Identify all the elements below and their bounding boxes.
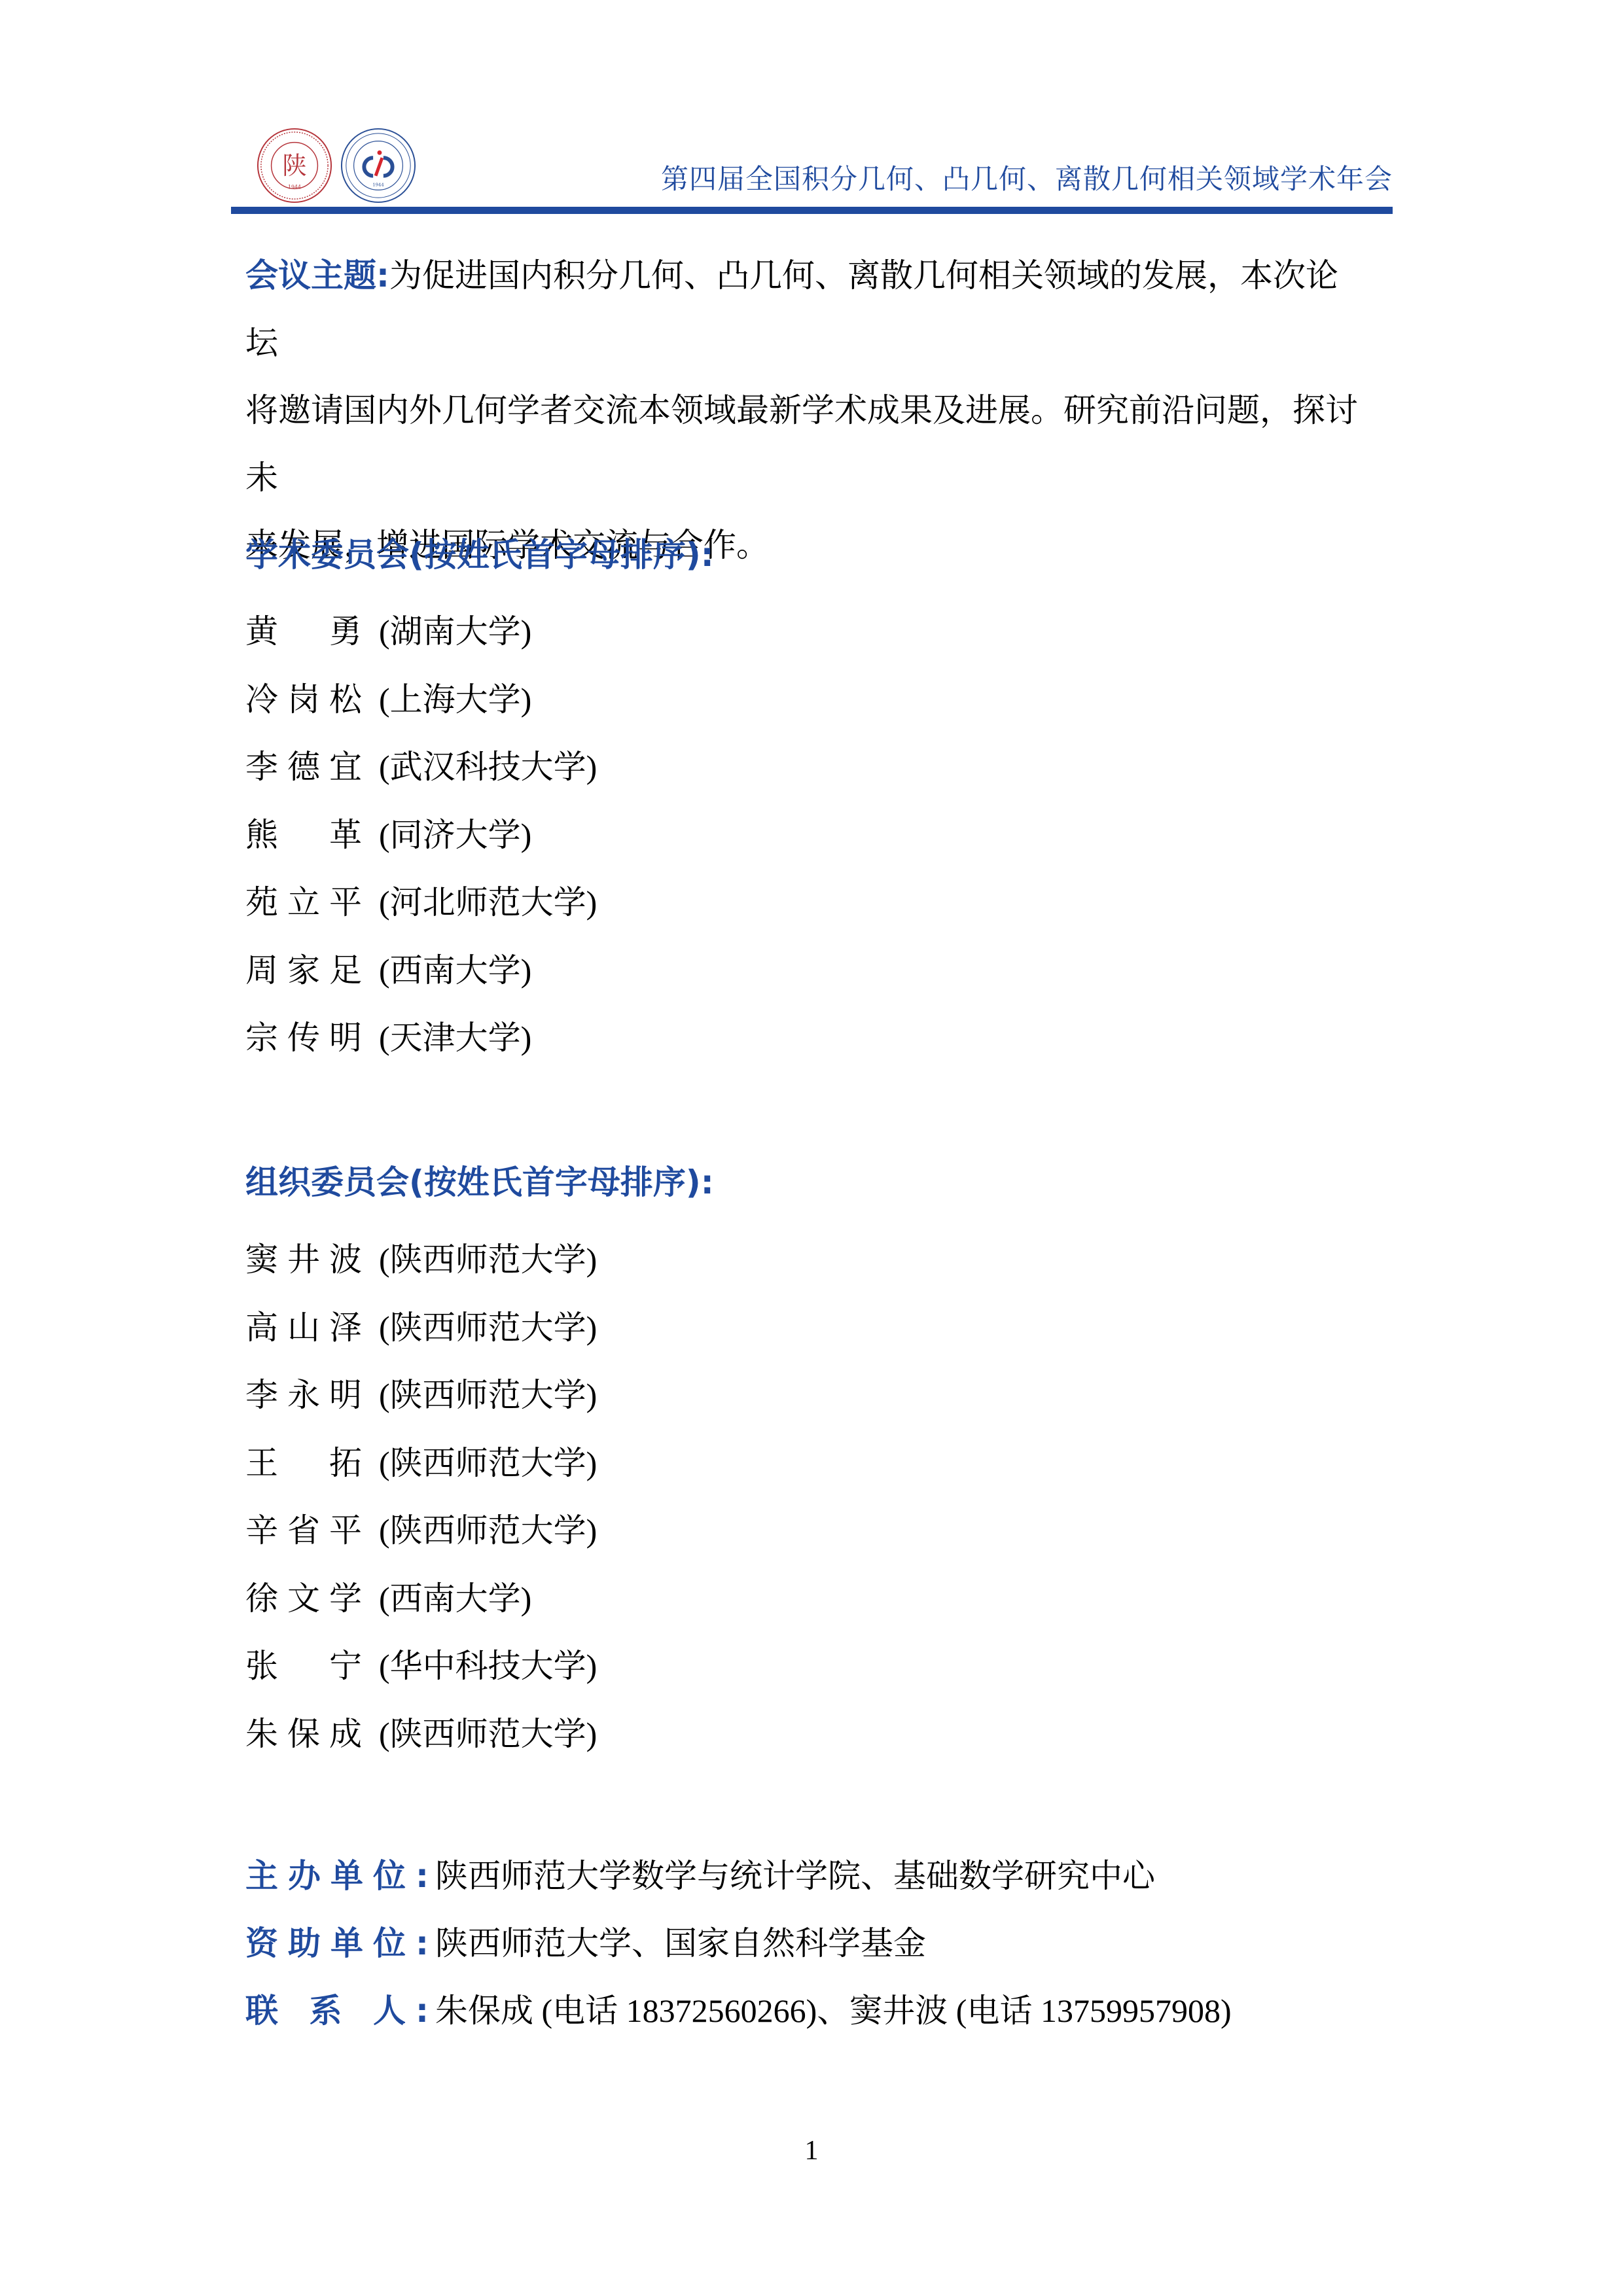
committee-member: 宗传明(天津大学) xyxy=(245,1018,597,1086)
page-number: 1 xyxy=(802,2134,821,2167)
member-affiliation: (陕西师范大学) xyxy=(379,1511,597,1579)
member-name: 王 拓 xyxy=(245,1443,362,1511)
committee-member: 苑立平(河北师范大学) xyxy=(245,883,597,951)
member-name: 窦井波 xyxy=(245,1240,362,1308)
member-name: 高山泽 xyxy=(245,1308,362,1376)
organizing-committee-list: 窦井波(陕西师范大学) 高山泽(陕西师范大学) 李永明(陕西师范大学) 王 拓(… xyxy=(245,1240,597,1782)
member-name: 宗传明 xyxy=(245,1018,362,1086)
committee-member: 窦井波(陕西师范大学) xyxy=(245,1240,597,1308)
theme-paragraph: 会议主题:为促进国内积分几何、凸几何、离散几何相关领域的发展，本次论坛 将邀请国… xyxy=(245,242,1364,579)
member-name: 辛省平 xyxy=(245,1511,362,1579)
committee-member: 李德宜(武汉科技大学) xyxy=(245,747,597,815)
member-name: 李永明 xyxy=(245,1375,362,1443)
member-name: 朱保成 xyxy=(245,1714,362,1782)
academic-committee-list: 黄 勇(湖南大学) 冷岗松(上海大学) 李德宜(武汉科技大学) 熊 革(同济大学… xyxy=(245,612,597,1086)
member-affiliation: (西南大学) xyxy=(379,1579,531,1647)
member-name: 周家足 xyxy=(245,951,362,1019)
member-affiliation: (上海大学) xyxy=(379,680,531,748)
contact-row: 联 系 人:朱保成 (电话 18372560266)、窦井波 (电话 13759… xyxy=(245,1991,1232,2030)
sponsor-label: 资助单位: xyxy=(245,1924,429,1963)
member-affiliation: (湖南大学) xyxy=(379,612,531,680)
committee-member: 辛省平(陕西师范大学) xyxy=(245,1511,597,1579)
theme-line-1: 为促进国内积分几何、凸几何、离散几何相关领域的发展，本次论坛 xyxy=(245,257,1338,361)
host-value: 陕西师范大学数学与统计学院、基础数学研究中心 xyxy=(435,1858,1155,1894)
organizing-committee-title: 组织委员会(按姓氏首字母排序): xyxy=(245,1163,714,1202)
committee-member: 张 宁(华中科技大学) xyxy=(245,1646,597,1714)
sponsor-row: 资助单位:陕西师范大学、国家自然科学基金 xyxy=(245,1924,926,1963)
member-affiliation: (陕西师范大学) xyxy=(379,1375,597,1443)
member-affiliation: (同济大学) xyxy=(379,815,531,883)
committee-member: 冷岗松(上海大学) xyxy=(245,680,597,748)
svg-text:1944: 1944 xyxy=(288,184,301,190)
header-divider xyxy=(231,207,1393,214)
academic-committee-title: 学术委员会(按姓氏首字母排序): xyxy=(245,535,714,574)
svg-text:陕: 陕 xyxy=(282,151,306,180)
host-row: 主办单位:陕西师范大学数学与统计学院、基础数学研究中心 xyxy=(245,1856,1155,1896)
committee-member: 朱保成(陕西师范大学) xyxy=(245,1714,597,1782)
committee-member: 熊 革(同济大学) xyxy=(245,815,597,883)
member-name: 苑立平 xyxy=(245,883,362,951)
member-name: 熊 革 xyxy=(245,815,362,883)
member-affiliation: (陕西师范大学) xyxy=(379,1714,597,1782)
page-header: 陕 1944 1944 第四届全国积分几何、凸几何、离散几何相关领域学术年会 xyxy=(0,0,1623,222)
university-seal-logo: 陕 1944 xyxy=(256,127,333,204)
member-affiliation: (陕西师范大学) xyxy=(379,1443,597,1511)
member-name: 李德宜 xyxy=(245,747,362,815)
member-name: 黄 勇 xyxy=(245,612,362,680)
svg-text:1944: 1944 xyxy=(372,182,384,187)
contact-value: 朱保成 (电话 18372560266)、窦井波 (电话 13759957908… xyxy=(435,1992,1232,2029)
conference-title: 第四届全国积分几何、凸几何、离散几何相关领域学术年会 xyxy=(661,162,1393,196)
member-affiliation: (河北师范大学) xyxy=(379,883,597,951)
committee-member: 王 拓(陕西师范大学) xyxy=(245,1443,597,1511)
member-name: 徐文学 xyxy=(245,1579,362,1647)
math-school-emblem-logo: 1944 xyxy=(340,127,417,204)
theme-label: 会议主题: xyxy=(245,256,389,294)
member-affiliation: (华中科技大学) xyxy=(379,1646,597,1714)
member-name: 冷岗松 xyxy=(245,680,362,748)
committee-member: 周家足(西南大学) xyxy=(245,951,597,1019)
committee-member: 徐文学(西南大学) xyxy=(245,1579,597,1647)
host-label: 主办单位: xyxy=(245,1856,429,1896)
member-affiliation: (西南大学) xyxy=(379,951,531,1019)
sponsor-value: 陕西师范大学、国家自然科学基金 xyxy=(435,1925,926,1962)
committee-member: 高山泽(陕西师范大学) xyxy=(245,1308,597,1376)
member-affiliation: (天津大学) xyxy=(379,1018,531,1086)
committee-member: 李永明(陕西师范大学) xyxy=(245,1375,597,1443)
contact-label: 联 系 人: xyxy=(245,1991,429,2030)
theme-line-2: 将邀请国内外几何学者交流本领域最新学术成果及进展。研究前沿问题，探讨未 xyxy=(245,392,1358,496)
member-affiliation: (陕西师范大学) xyxy=(379,1240,597,1308)
committee-member: 黄 勇(湖南大学) xyxy=(245,612,597,680)
member-name: 张 宁 xyxy=(245,1646,362,1714)
member-affiliation: (陕西师范大学) xyxy=(379,1308,597,1376)
member-affiliation: (武汉科技大学) xyxy=(379,747,597,815)
